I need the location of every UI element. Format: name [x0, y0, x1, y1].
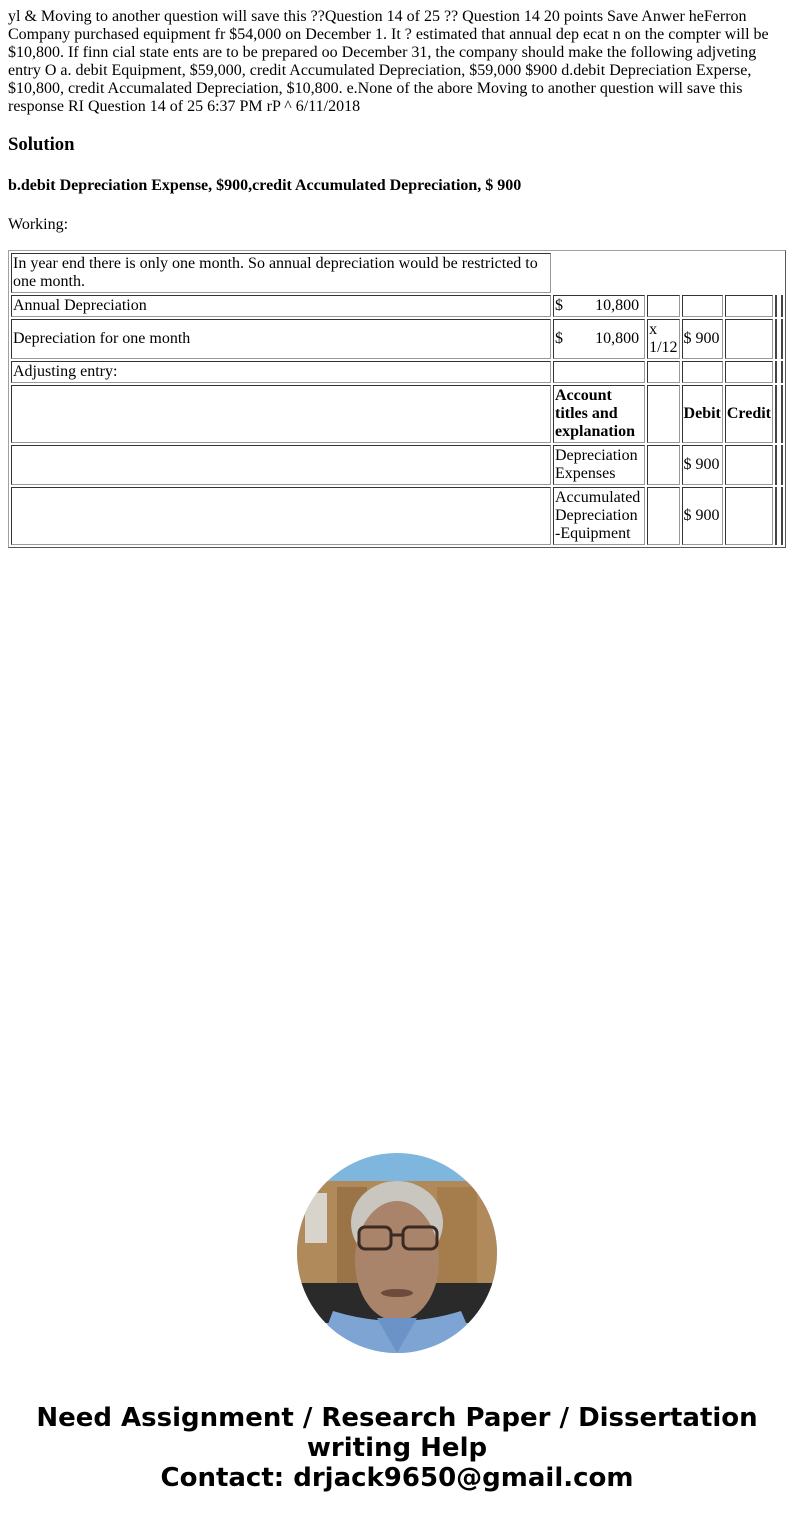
journal-blank	[647, 445, 679, 485]
intro-row: In year end there is only one month. So …	[11, 253, 783, 293]
intro-spacer	[553, 253, 783, 293]
monthly-amount: $ 10,800	[553, 319, 645, 359]
annual-depreciation-row: Annual Depreciation $ 10,800	[11, 295, 783, 317]
journal-header-spacer	[11, 385, 551, 443]
promo-banner: Need Assignment / Research Paper / Disse…	[0, 1403, 794, 1493]
annual-result	[682, 295, 723, 317]
monthly-value: 10,800	[595, 330, 643, 348]
annual-value: 10,800	[595, 297, 643, 315]
monthly-factor: x 1/12	[647, 319, 679, 359]
adjusting-blank-3	[682, 361, 723, 383]
monthly-depreciation-row: Depreciation for one month $ 10,800 x 1/…	[11, 319, 783, 359]
journal-header-account: Account titles and explanation	[553, 385, 645, 443]
adjusting-blank-1	[553, 361, 645, 383]
monthly-extra	[725, 319, 773, 359]
journal-credit	[725, 445, 773, 485]
promo-line-2: writing Help	[0, 1433, 794, 1463]
journal-debit: $ 900	[682, 487, 723, 545]
journal-header-debit: Debit	[682, 385, 723, 443]
adjusting-label: Adjusting entry:	[11, 361, 551, 383]
journal-credit	[725, 487, 773, 545]
journal-header-row: Account titles and explanation Debit Cre…	[11, 385, 783, 443]
journal-row: Depreciation Expenses $ 900	[11, 445, 783, 485]
table-edge	[775, 361, 783, 383]
journal-blank	[647, 487, 679, 545]
journal-row: Accumulated Depreciation -Equipment $ 90…	[11, 487, 783, 545]
annual-extra	[725, 295, 773, 317]
adjusting-entry-row: Adjusting entry:	[11, 361, 783, 383]
monthly-label: Depreciation for one month	[11, 319, 551, 359]
monthly-result: $ 900	[682, 319, 723, 359]
table-edge	[775, 385, 783, 443]
adjusting-blank-2	[647, 361, 679, 383]
working-label: Working:	[8, 216, 786, 234]
solution-heading: Solution	[8, 134, 786, 156]
table-edge	[775, 445, 783, 485]
table-edge	[775, 487, 783, 545]
annual-factor	[647, 295, 679, 317]
annual-label: Annual Depreciation	[11, 295, 551, 317]
question-text: yl & Moving to another question will sav…	[8, 8, 786, 116]
journal-account: Depreciation Expenses	[553, 445, 645, 485]
annual-currency: $	[555, 297, 563, 315]
table-edge	[775, 295, 783, 317]
promo-contact: Contact: drjack9650@gmail.com	[0, 1463, 794, 1493]
adjusting-blank-4	[725, 361, 773, 383]
intro-cell: In year end there is only one month. So …	[11, 253, 551, 293]
solution-answer: b.debit Depreciation Expense, $900,credi…	[8, 177, 786, 195]
journal-debit: $ 900	[682, 445, 723, 485]
journal-row-spacer	[11, 445, 551, 485]
annual-amount: $ 10,800	[553, 295, 645, 317]
journal-header-blank	[647, 385, 679, 443]
journal-header-credit: Credit	[725, 385, 773, 443]
journal-row-spacer	[11, 487, 551, 545]
journal-account: Accumulated Depreciation -Equipment	[553, 487, 645, 545]
document-body: yl & Moving to another question will sav…	[0, 0, 794, 548]
portrait-icon	[297, 1153, 497, 1353]
working-table: In year end there is only one month. So …	[8, 250, 786, 548]
promo-line-1: Need Assignment / Research Paper / Disse…	[0, 1403, 794, 1433]
author-photo	[297, 1153, 497, 1353]
monthly-currency: $	[555, 330, 563, 348]
table-edge	[775, 319, 783, 359]
